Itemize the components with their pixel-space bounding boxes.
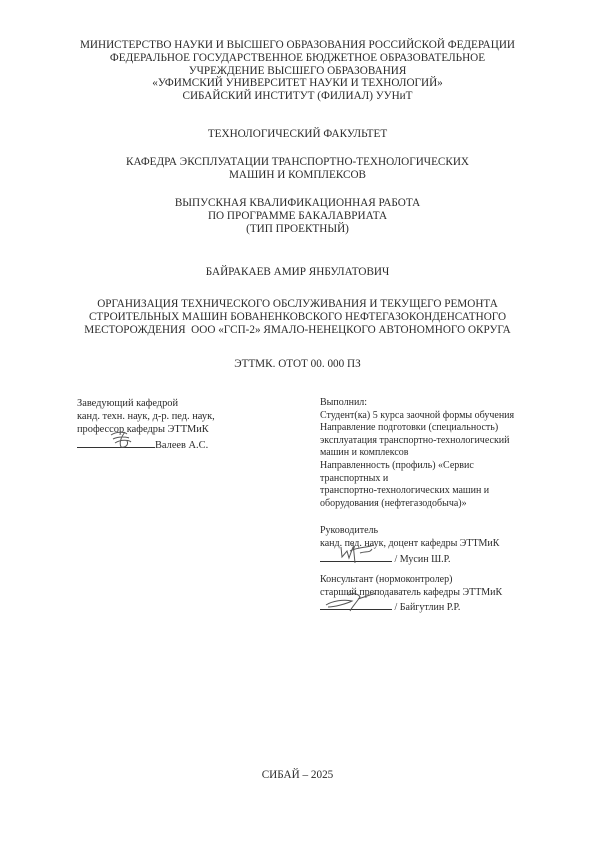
performer-line: машин и комплексов: [320, 447, 560, 460]
performer-title: Выполнил:: [320, 397, 560, 410]
consultant-block: Консультант (нормоконтролер) старший пре…: [320, 574, 560, 615]
topic-line: ОРГАНИЗАЦИЯ ТЕХНИЧЕСКОГО ОБСЛУЖИВАНИЯ И …: [0, 298, 595, 311]
performer-line: оборудования (нефтегазодобыча)»: [320, 498, 560, 511]
thesis-topic: ОРГАНИЗАЦИЯ ТЕХНИЧЕСКОГО ОБСЛУЖИВАНИЯ И …: [0, 298, 595, 338]
department-line: КАФЕДРА ЭКСПЛУАТАЦИИ ТРАНСПОРТНО-ТЕХНОЛО…: [0, 156, 595, 169]
faculty-title: ТЕХНОЛОГИЧЕСКИЙ ФАКУЛЬТЕТ: [0, 128, 595, 141]
performer-line: транспортно-технологических машин и: [320, 485, 560, 498]
header-line: УЧРЕЖДЕНИЕ ВЫСШЕГО ОБРАЗОВАНИЯ: [0, 65, 595, 78]
header-line: «УФИМСКИЙ УНИВЕРСИТЕТ НАУКИ И ТЕХНОЛОГИЙ…: [0, 77, 595, 90]
ministry-header: МИНИСТЕРСТВО НАУКИ И ВЫСШЕГО ОБРАЗОВАНИЯ…: [0, 39, 595, 103]
performer-line: Студент(ка) 5 курса заочной формы обучен…: [320, 410, 560, 423]
performer-line: эксплуатация транспортно-технологический: [320, 435, 560, 448]
consultant-signature-name: / Байгутлин Р.Р.: [395, 602, 461, 613]
performer-line: транспортных и: [320, 473, 560, 486]
work-type-line: ВЫПУСКНАЯ КВАЛИФИКАЦИОННАЯ РАБОТА: [0, 197, 595, 210]
supervisor-signature-row: / Мусин Ш.Р.: [320, 551, 560, 567]
consultant-signature-row: / Байгутлин Р.Р.: [320, 599, 560, 615]
supervisor-title: Руководитель: [320, 525, 560, 538]
topic-line: СТРОИТЕЛЬНЫХ МАШИН БОВАНЕНКОВСКОГО НЕФТЕ…: [0, 311, 595, 324]
topic-line: МЕСТОРОЖДЕНИЯ ООО «ГСП-2» ЯМАЛО-НЕНЕЦКОГ…: [0, 324, 595, 337]
work-type: ВЫПУСКНАЯ КВАЛИФИКАЦИОННАЯ РАБОТА ПО ПРО…: [0, 197, 595, 236]
consultant-title: Консультант (нормоконтролер): [320, 574, 560, 587]
work-type-line: (ТИП ПРОЕКТНЫЙ): [0, 223, 595, 236]
hod-signature-name: Валеев А.С.: [155, 440, 208, 451]
signature-line: [320, 551, 392, 562]
signature-icon: [322, 589, 378, 613]
performer-block: Выполнил: Студент(ка) 5 курса заочной фо…: [320, 397, 560, 615]
performer-line: Направленность (профиль) «Сервис: [320, 460, 560, 473]
header-line: МИНИСТЕРСТВО НАУКИ И ВЫСШЕГО ОБРАЗОВАНИЯ…: [0, 39, 595, 52]
document-code: ЭТТМК. ОТОТ 00. 000 ПЗ: [0, 358, 595, 371]
hod-signature-row: Валеев А.С.: [77, 437, 215, 452]
header-line: ФЕДЕРАЛЬНОЕ ГОСУДАРСТВЕННОЕ БЮДЖЕТНОЕ ОБ…: [0, 52, 595, 65]
supervisor-signature-name: / Мусин Ш.Р.: [395, 554, 451, 565]
hod-line: профессор кафедры ЭТТМиК: [77, 423, 215, 436]
signature-line: [77, 437, 155, 448]
signature-icon: [338, 539, 378, 565]
hod-line: Заведующий кафедрой: [77, 397, 215, 410]
hod-line: канд. техн. наук, д-р. пед. наук,: [77, 410, 215, 423]
work-type-line: ПО ПРОГРАММЕ БАКАЛАВРИАТА: [0, 210, 595, 223]
supervisor-block: Руководитель канд. пед. наук, доцент каф…: [320, 525, 560, 566]
city-year: СИБАЙ – 2025: [0, 769, 595, 782]
author-name: БАЙРАКАЕВ АМИР ЯНБУЛАТОВИЧ: [0, 266, 595, 279]
head-of-department-block: Заведующий кафедрой канд. техн. наук, д-…: [77, 397, 215, 452]
department-line: МАШИН И КОМПЛЕКСОВ: [0, 169, 595, 182]
signature-line: [320, 599, 392, 610]
header-line: СИБАЙСКИЙ ИНСТИТУТ (ФИЛИАЛ) УУНиТ: [0, 90, 595, 103]
signature-icon: [107, 429, 137, 449]
department-title: КАФЕДРА ЭКСПЛУАТАЦИИ ТРАНСПОРТНО-ТЕХНОЛО…: [0, 156, 595, 182]
performer-line: Направление подготовки (специальность): [320, 422, 560, 435]
